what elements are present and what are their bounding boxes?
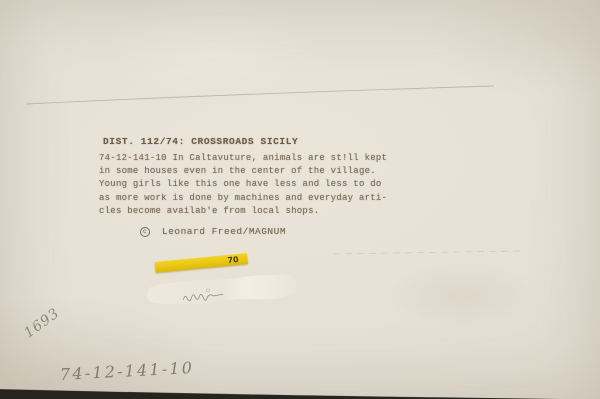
typed-caption-body: 74-12-141-10 In Caltavuture, animals are… [99,152,387,218]
caption-line: as more work is done by machines and eve… [99,192,387,205]
caption-line: cles become availab'e from local shops. [99,205,387,218]
credit-line: c Leonard Freed/MAGNUM [140,226,286,237]
caption-line: in some houses even in the center of the… [99,165,387,178]
sticker-number: 70 [227,255,239,265]
caption-line: Young girls like this one have less and … [99,178,387,191]
credit-text: Leonard Freed/MAGNUM [162,226,286,237]
photo-verso: { "photo_verso": { "typed": { "header": … [0,0,600,399]
copyright-stamp-icon: c [140,227,150,237]
typed-caption-header: DIST. 112/74: CROSSROADS SICILY [103,136,298,147]
caption-line: 74-12-141-10 In Caltavuture, animals are… [99,152,387,165]
pencil-scribble-icon [182,287,227,304]
